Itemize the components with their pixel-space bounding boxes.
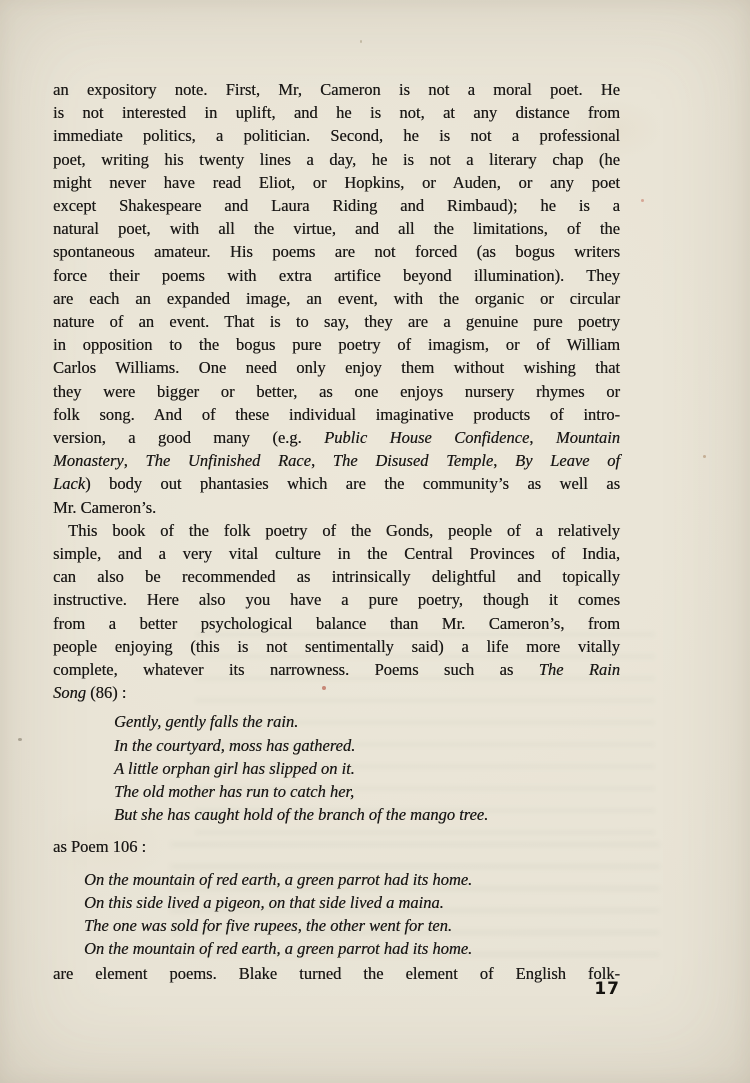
text-line: instructive. Here also you have a pure p…	[53, 588, 620, 611]
text-line: A little orphan girl has slipped on it.	[114, 757, 620, 780]
text-column: an expository note. First, Mr, Cameron i…	[53, 78, 620, 985]
text-line: Lack) body out phantasies which are the …	[53, 472, 620, 495]
text-line: force their poems with extra artifice be…	[53, 264, 620, 287]
text-line: as Poem 106 :	[53, 835, 620, 858]
text-line: is not interested in uplift, and he is n…	[53, 101, 620, 124]
text-line: might never have read Eliot, or Hopkins,…	[53, 171, 620, 194]
text-line: they were bigger or better, as one enjoy…	[53, 380, 620, 403]
text-line: On the mountain of red earth, a green pa…	[84, 937, 620, 960]
text-line: can also be recommended as intrinsically…	[53, 565, 620, 588]
text-line: in opposition to the bogus pure poetry o…	[53, 333, 620, 356]
text-line: complete, whatever its narrowness. Poems…	[53, 658, 620, 681]
text-line: On the mountain of red earth, a green pa…	[84, 868, 620, 891]
text-line: nature of an event. That is to say, they…	[53, 310, 620, 333]
text-line: The old mother has run to catch her,	[114, 780, 620, 803]
text-line: On this side lived a pigeon, on that sid…	[84, 891, 620, 914]
paper-speck	[360, 40, 362, 43]
poem-106-connector: as Poem 106 :	[53, 835, 620, 858]
text-line: Mr. Cameron’s.	[53, 496, 620, 519]
intro-paragraph: an expository note. First, Mr, Cameron i…	[53, 78, 620, 519]
text-line: The one was sold for five rupees, the ot…	[84, 914, 620, 937]
paper-speck	[18, 738, 22, 741]
text-line: In the courtyard, moss has gathered.	[114, 734, 620, 757]
text-line: Gently, gently falls the rain.	[114, 710, 620, 733]
text-line: This book of the folk poetry of the Gond…	[53, 519, 620, 542]
text-line: simple, and a very vital culture in the …	[53, 542, 620, 565]
text-line: Carlos Williams. One need only enjoy the…	[53, 356, 620, 379]
text-line: folk song. And of these individual imagi…	[53, 403, 620, 426]
text-line: poet, writing his twenty lines a day, he…	[53, 148, 620, 171]
scanned-book-page: an expository note. First, Mr, Cameron i…	[0, 0, 750, 1083]
text-line: version, a good many (e.g. Public House …	[53, 426, 620, 449]
text-line: are each an expanded image, an event, wi…	[53, 287, 620, 310]
text-line: an expository note. First, Mr, Cameron i…	[53, 78, 620, 101]
text-line: natural poet, with all the virtue, and a…	[53, 217, 620, 240]
text-line: from a better psychological balance than…	[53, 612, 620, 635]
gond-paragraph: This book of the folk poetry of the Gond…	[53, 519, 620, 705]
text-line: except Shakespeare and Laura Riding and …	[53, 194, 620, 217]
text-line: Song (86) :	[53, 681, 620, 704]
text-line: Monastery, The Unfinished Race, The Disu…	[53, 449, 620, 472]
text-line: people enjoying (this is not sentimental…	[53, 635, 620, 658]
paper-speck	[641, 199, 644, 202]
page-number: 17	[53, 979, 620, 999]
text-line: spontaneous amateur. His poems are not f…	[53, 240, 620, 263]
text-line: But she has caught hold of the branch of…	[114, 803, 620, 826]
text-line: immediate politics, a politician. Second…	[53, 124, 620, 147]
rain-song-poem: Gently, gently falls the rain.In the cou…	[53, 710, 620, 826]
poem-106: On the mountain of red earth, a green pa…	[53, 868, 620, 961]
paper-speck	[703, 455, 706, 458]
